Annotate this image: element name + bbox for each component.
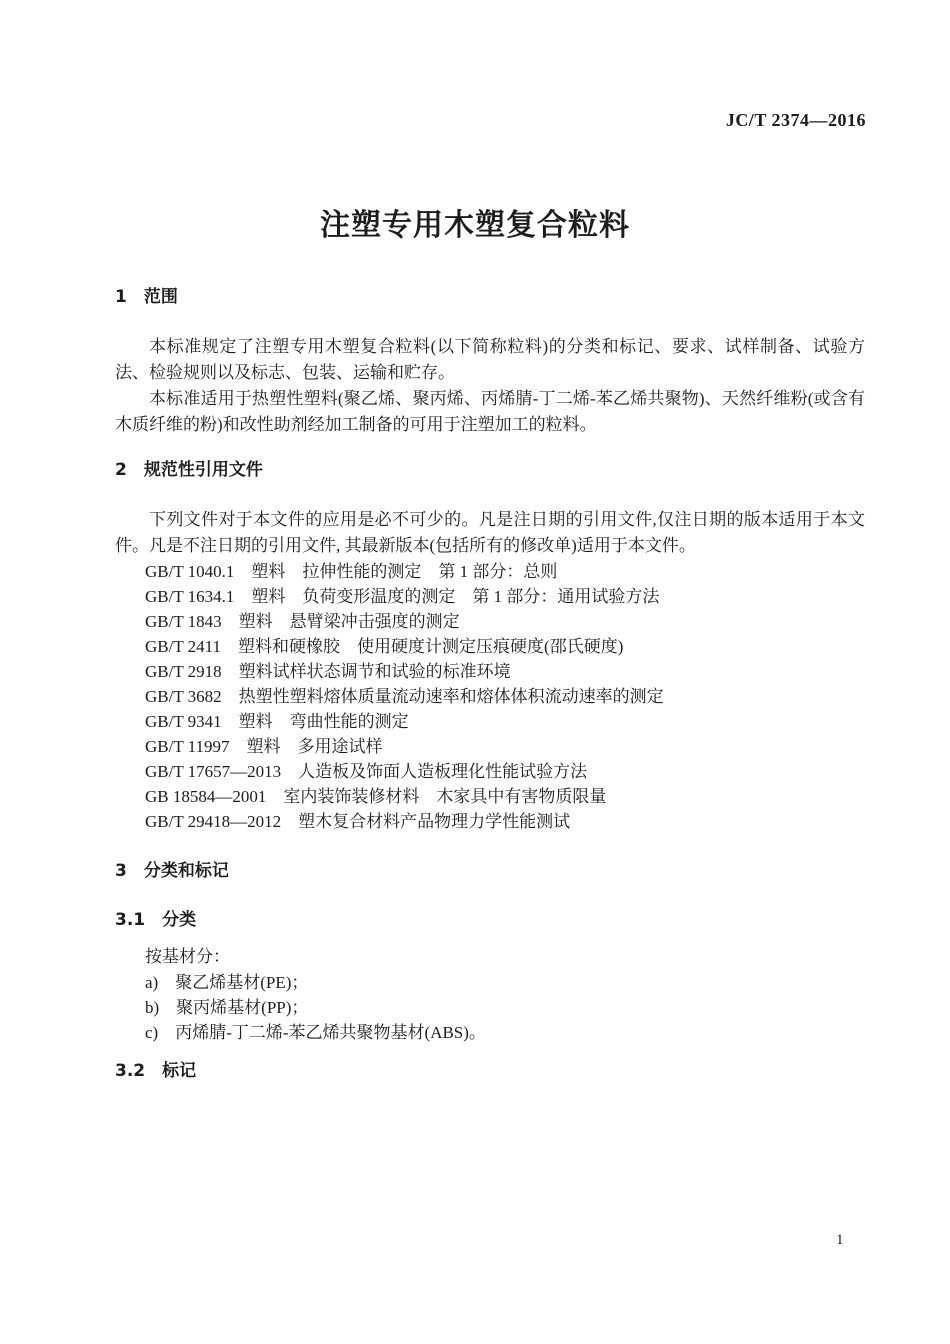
reference-item: GB/T 1040.1 塑料 拉伸性能的测定 第 1 部分：总则	[115, 559, 865, 584]
classification-item: c) 丙烯腈-丁二烯-苯乙烯共聚物基材(ABS)。	[115, 1020, 865, 1045]
reference-item: GB 18584—2001 室内装饰装修材料 木家具中有害物质限量	[115, 784, 865, 809]
reference-item: GB/T 2411 塑料和硬橡胶 使用硬度计测定压痕硬度(邵氏硬度)	[115, 634, 865, 659]
classification-item: b) 聚丙烯基材(PP)；	[115, 995, 865, 1020]
document-title: 注塑专用木塑复合粒料	[0, 200, 950, 244]
reference-item: GB/T 11997 塑料 多用途试样	[115, 734, 865, 759]
section-references-heading: 2 规范性引用文件	[115, 459, 865, 481]
classification-lead: 按基材分：	[115, 944, 865, 970]
reference-item: GB/T 1843 塑料 悬臂梁冲击强度的测定	[115, 609, 865, 634]
subsection-classification-heading: 3.1 分类	[115, 909, 865, 931]
reference-item: GB/T 9341 塑料 弯曲性能的测定	[115, 709, 865, 734]
reference-item: GB/T 17657—2013 人造板及饰面人造板理化性能试验方法	[115, 759, 865, 784]
reference-list: GB/T 1040.1 塑料 拉伸性能的测定 第 1 部分：总则 GB/T 16…	[115, 559, 865, 834]
references-intro: 下列文件对于本文件的应用是必不可少的。凡是注日期的引用文件,仅注日期的版本适用于…	[115, 507, 865, 559]
document-body: 1 范围 本标准规定了注塑专用木塑复合粒料(以下简称粒料)的分类和标记、要求、试…	[115, 286, 865, 1082]
scope-paragraph-2: 本标准适用于热塑性塑料(聚乙烯、聚丙烯、丙烯腈-丁二烯-苯乙烯共聚物)、天然纤维…	[115, 386, 865, 438]
standard-number: JC/T 2374—2016	[726, 110, 866, 131]
reference-item: GB/T 29418—2012 塑木复合材料产品物理力学性能测试	[115, 809, 865, 834]
scope-paragraph-1: 本标准规定了注塑专用木塑复合粒料(以下简称粒料)的分类和标记、要求、试样制备、试…	[115, 334, 865, 386]
subsection-marking-heading: 3.2 标记	[115, 1060, 865, 1082]
section-scope-heading: 1 范围	[115, 286, 865, 308]
document-page: JC/T 2374—2016 注塑专用木塑复合粒料 1 范围 本标准规定了注塑专…	[0, 0, 950, 1344]
reference-item: GB/T 1634.1 塑料 负荷变形温度的测定 第 1 部分：通用试验方法	[115, 584, 865, 609]
page-number: 1	[836, 1230, 844, 1250]
reference-item: GB/T 2918 塑料试样状态调节和试验的标准环境	[115, 659, 865, 684]
classification-item: a) 聚乙烯基材(PE)；	[115, 970, 865, 995]
section-classification-heading: 3 分类和标记	[115, 860, 865, 882]
reference-item: GB/T 3682 热塑性塑料熔体质量流动速率和熔体体积流动速率的测定	[115, 684, 865, 709]
classification-list: a) 聚乙烯基材(PE)； b) 聚丙烯基材(PP)； c) 丙烯腈-丁二烯-苯…	[115, 970, 865, 1045]
